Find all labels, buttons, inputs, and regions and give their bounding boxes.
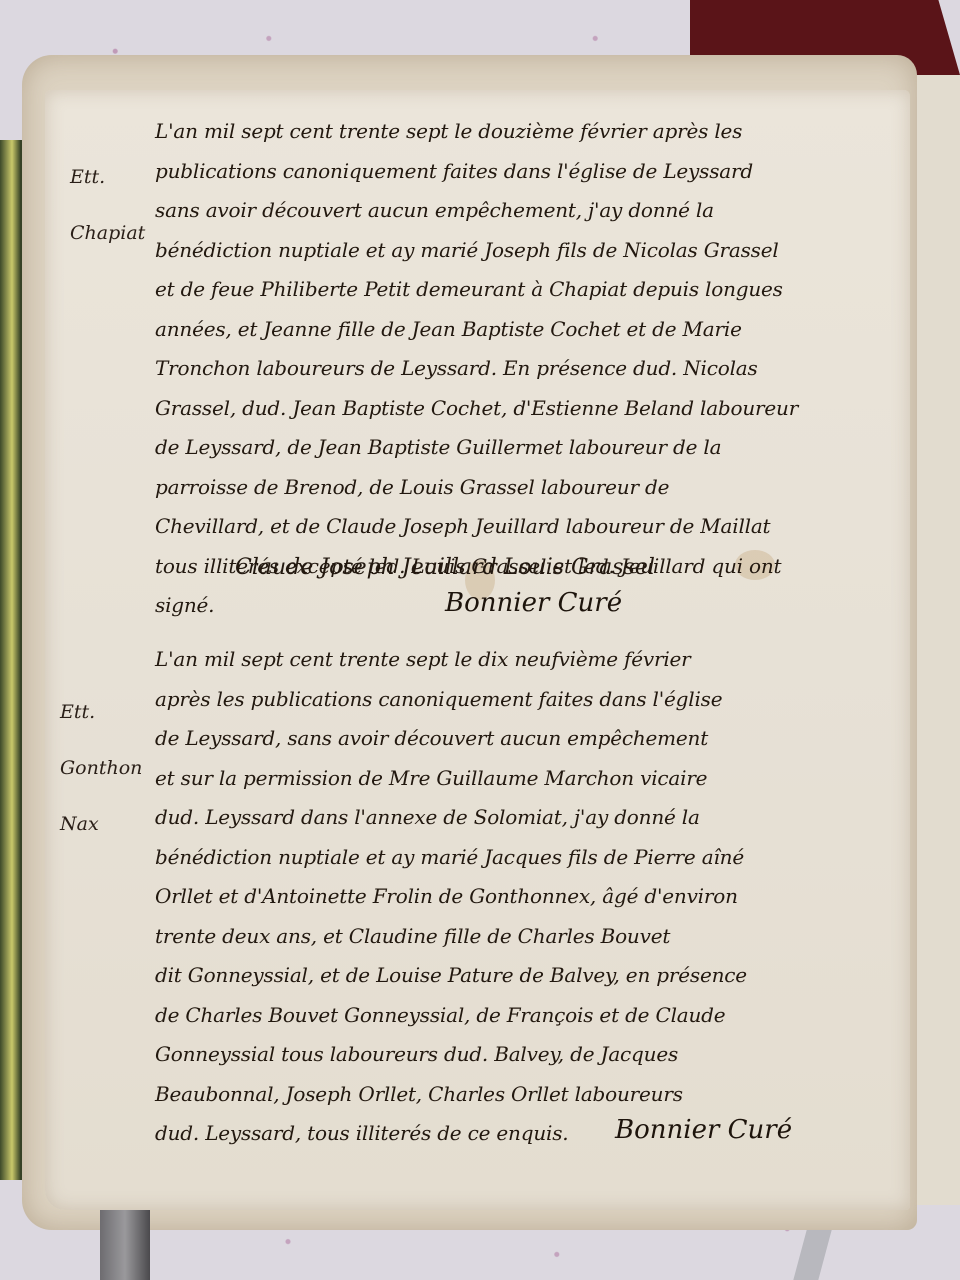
- margin-note-line: Ett.: [70, 163, 145, 191]
- margin-note-entry-1: Ett. Chapiat: [70, 135, 145, 275]
- text-line: années, et Jeanne fille de Jean Baptiste…: [155, 310, 905, 350]
- text-line: dud. Leyssard, tous illiterés de ce enqu…: [155, 1114, 905, 1154]
- witness-signatures: Claude Joseph Jeuillard Louis Grassel: [235, 555, 655, 580]
- text-line: Chevillard, et de Claude Joseph Jeuillar…: [155, 507, 905, 547]
- text-line: dit Gonneyssial, et de Louise Pature de …: [155, 956, 905, 996]
- margin-note-line: Nax: [60, 810, 142, 838]
- text-line: Grassel, dud. Jean Baptiste Cochet, d'Es…: [155, 389, 905, 429]
- text-line: bénédiction nuptiale et ay marié Joseph …: [155, 231, 905, 271]
- text-line: L'an mil sept cent trente sept le douziè…: [155, 112, 905, 152]
- text-line: sans avoir découvert aucun empêchement, …: [155, 191, 905, 231]
- text-line: après les publications canoniquement fai…: [155, 680, 905, 720]
- cure-signature-entry-2: Bonnier Curé: [615, 1115, 792, 1145]
- text-line: et sur la permission de Mre Guillaume Ma…: [155, 759, 905, 799]
- text-line: parroisse de Brenod, de Louis Grassel la…: [155, 468, 905, 508]
- text-line: publications canoniquement faites dans l…: [155, 152, 905, 192]
- text-line: bénédiction nuptiale et ay marié Jacques…: [155, 838, 905, 878]
- facing-page-edge: [915, 75, 960, 1205]
- text-line: Gonneyssial tous laboureurs dud. Balvey,…: [155, 1035, 905, 1075]
- margin-note-line: Chapiat: [70, 219, 145, 247]
- text-line: Tronchon laboureurs de Leyssard. En prés…: [155, 349, 905, 389]
- text-line: dud. Leyssard dans l'annexe de Solomiat,…: [155, 798, 905, 838]
- text-line: trente deux ans, et Claudine fille de Ch…: [155, 917, 905, 957]
- text-line: et de feue Philiberte Petit demeurant à …: [155, 270, 905, 310]
- text-line: L'an mil sept cent trente sept le dix ne…: [155, 640, 905, 680]
- text-line: de Leyssard, sans avoir découvert aucun …: [155, 719, 905, 759]
- cure-signature-entry-1: Bonnier Curé: [445, 588, 622, 618]
- marriage-entry-2: L'an mil sept cent trente sept le dix ne…: [155, 640, 905, 1154]
- text-line: de Leyssard, de Jean Baptiste Guillermet…: [155, 428, 905, 468]
- margin-note-entry-2: Ett. Gonthon Nax: [60, 670, 142, 866]
- book-clip: [793, 1230, 831, 1280]
- margin-note-line: Ett.: [60, 698, 142, 726]
- text-line: Beaubonnal, Joseph Orllet, Charles Orlle…: [155, 1075, 905, 1115]
- book-clip: [100, 1210, 150, 1280]
- text-line: de Charles Bouvet Gonneyssial, de Franço…: [155, 996, 905, 1036]
- margin-note-line: Gonthon: [60, 754, 142, 782]
- text-line: Orllet et d'Antoinette Frolin de Gonthon…: [155, 877, 905, 917]
- marriage-entry-1: L'an mil sept cent trente sept le douziè…: [155, 112, 905, 626]
